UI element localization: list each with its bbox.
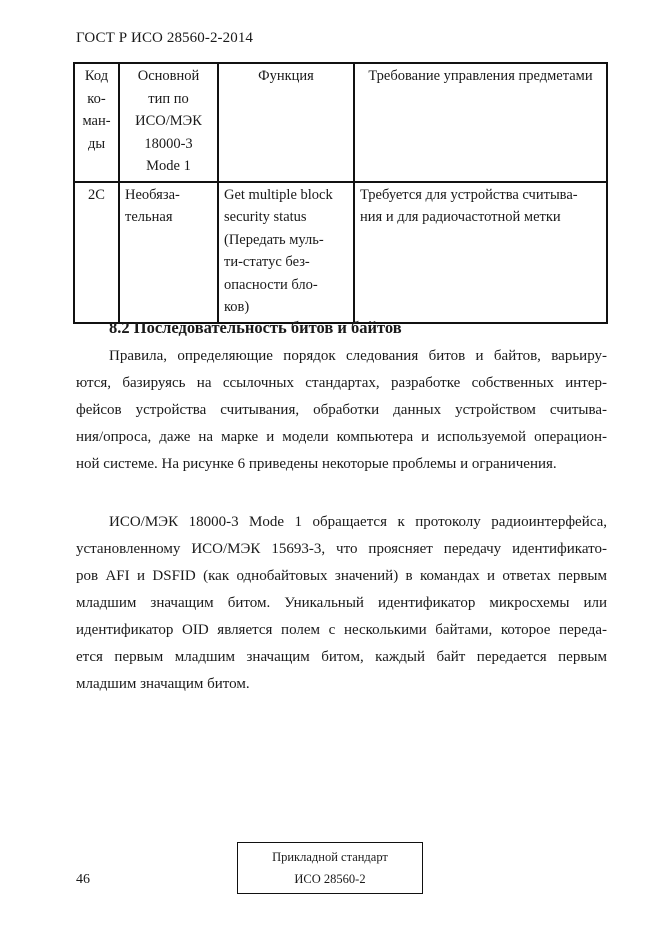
footer-box-line-1: Прикладной стандарт bbox=[238, 846, 422, 868]
column-header-item-management-requirement: Требование управления предметами bbox=[354, 63, 607, 182]
page-number: 46 bbox=[76, 872, 90, 888]
column-header-command-code: Код ко- ман- ды bbox=[74, 63, 119, 182]
footer-box-line-2: ИСО 28560-2 bbox=[238, 868, 422, 890]
section-title: 8.2 Последовательность битов и байтов bbox=[109, 318, 402, 338]
paragraph-line: фейсов устройства считывания, обработки … bbox=[76, 397, 607, 424]
column-header-basic-type: Основной тип по ИСО/МЭК 18000-3 Mode 1 bbox=[119, 63, 218, 182]
paragraph-line: ров AFI и DSFID (как однобайтовых значен… bbox=[76, 563, 607, 590]
paragraph-line: ИСО/МЭК 18000-3 Mode 1 обращается к прот… bbox=[76, 509, 607, 536]
paragraph-line: младшим значащим битом. bbox=[76, 671, 607, 698]
command-table: Код ко- ман- ды Основной тип по ИСО/МЭК … bbox=[73, 62, 608, 324]
cell-basic-type: Необяза- тельная bbox=[119, 182, 218, 323]
table-header-row: Код ко- ман- ды Основной тип по ИСО/МЭК … bbox=[74, 63, 607, 182]
cell-function: Get multiple block security status (Пере… bbox=[218, 182, 354, 323]
paragraph-1: Правила, определяющие порядок следования… bbox=[76, 343, 607, 478]
cell-command-code: 2C bbox=[74, 182, 119, 323]
document-header: ГОСТ Р ИСО 28560-2-2014 bbox=[76, 30, 253, 47]
column-header-function: Функция bbox=[218, 63, 354, 182]
paragraph-line: Правила, определяющие порядок следования… bbox=[76, 343, 607, 370]
paragraph-2: ИСО/МЭК 18000-3 Mode 1 обращается к прот… bbox=[76, 509, 607, 698]
footer-standard-box: Прикладной стандарт ИСО 28560-2 bbox=[237, 842, 423, 894]
paragraph-line: идентификатор OID является полем с неско… bbox=[76, 617, 607, 644]
table-row: 2C Необяза- тельная Get multiple block s… bbox=[74, 182, 607, 323]
paragraph-line: ной системе. На рисунке 6 приведены неко… bbox=[76, 451, 607, 478]
paragraph-line: ются, базируясь на ссылочных стандартах,… bbox=[76, 370, 607, 397]
paragraph-line: ния/опроса, даже на марке и модели компь… bbox=[76, 424, 607, 451]
paragraph-line: младшим значащим битом. Уникальный идент… bbox=[76, 590, 607, 617]
paragraph-line: ется первым младшим значащим битом, кажд… bbox=[76, 644, 607, 671]
paragraph-line: установленному ИСО/МЭК 15693-3, что проя… bbox=[76, 536, 607, 563]
cell-requirement: Требуется для устройства считыва- ния и … bbox=[354, 182, 607, 323]
